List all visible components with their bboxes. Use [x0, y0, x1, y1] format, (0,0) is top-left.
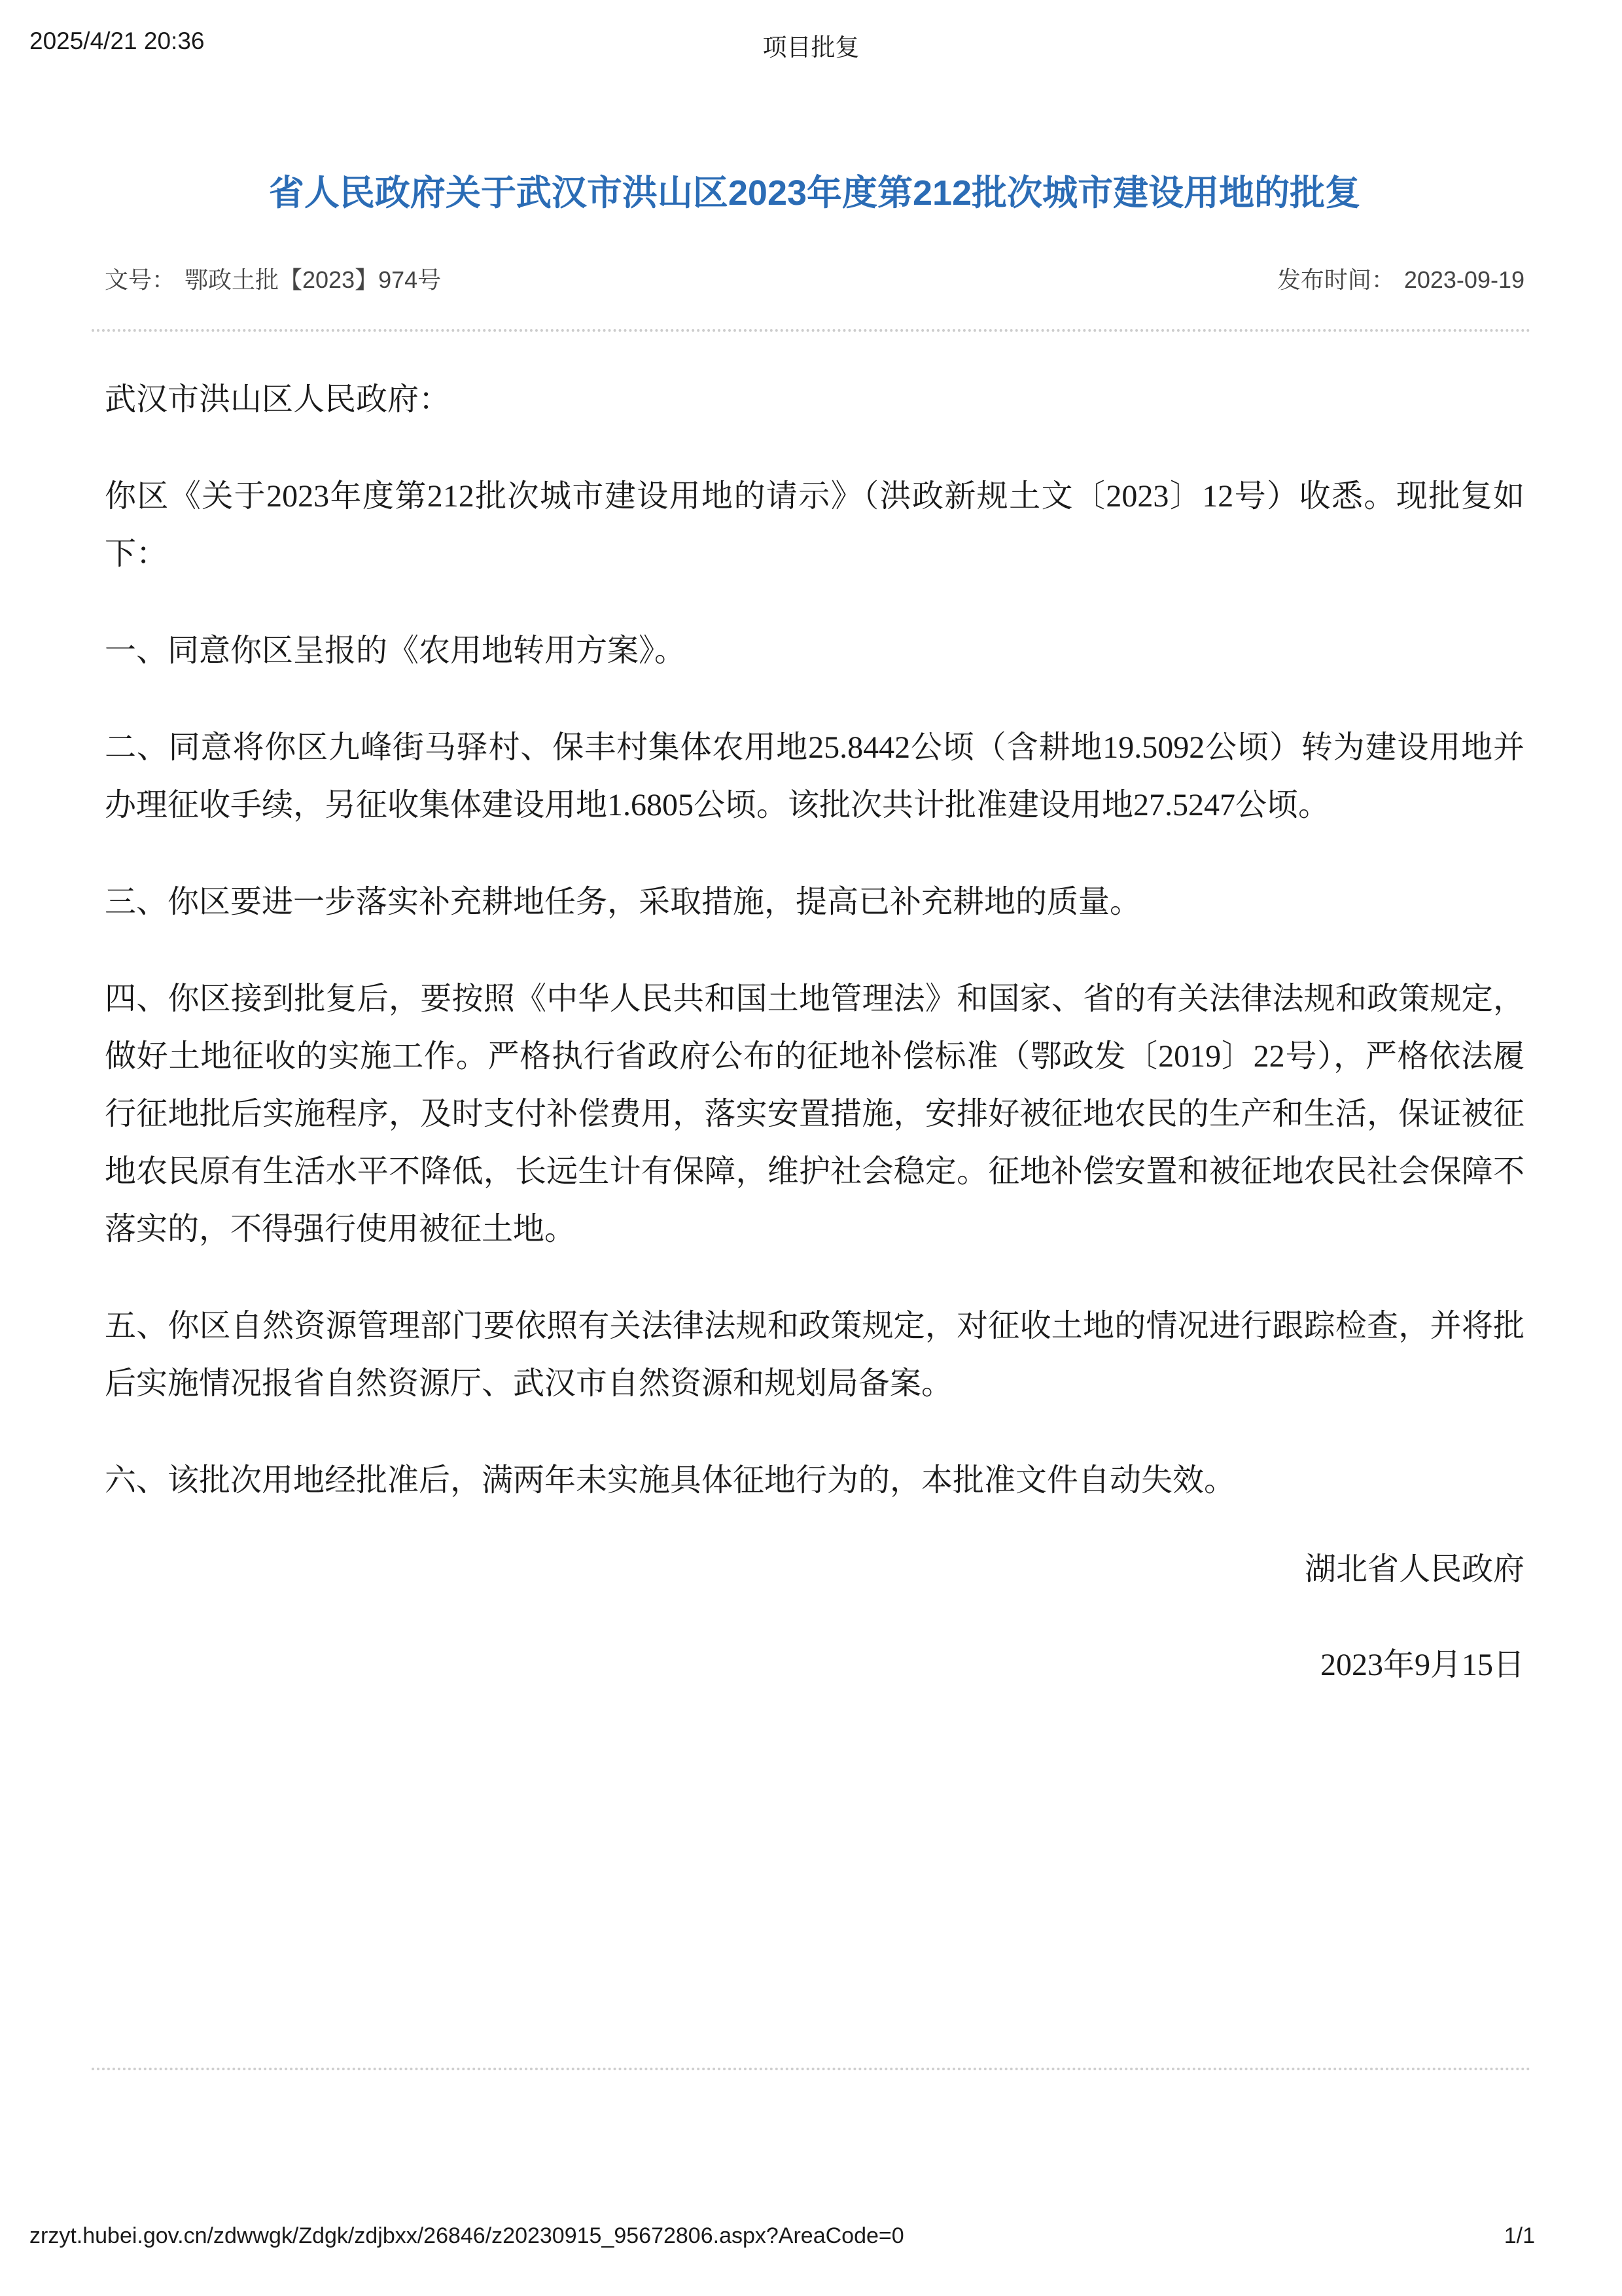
bottom-divider — [92, 2068, 1531, 2070]
salutation: 武汉市洪山区人民政府： — [105, 371, 1525, 429]
document-body: 省人民政府关于武汉市洪山区2023年度第212批次城市建设用地的批复 文号： 鄂… — [105, 171, 1525, 1694]
print-footer: zrzyt.hubei.gov.cn/zdwwgk/Zdgk/zdjbxx/26… — [29, 2223, 1593, 2253]
paragraph-intro: 你区《关于2023年度第212批次城市建设用地的请示》（洪政新规土文〔2023〕… — [105, 468, 1525, 583]
source-url: zrzyt.hubei.gov.cn/zdwwgk/Zdgk/zdjbxx/26… — [29, 2223, 904, 2249]
paragraph-item-3: 三、你区要进一步落实补充耕地任务，采取措施，提高已补充耕地的质量。 — [105, 874, 1525, 931]
publish-time-label: 发布时间： — [1277, 262, 1395, 295]
signature-block: 湖北省人民政府 2023年9月15日 — [105, 1541, 1525, 1694]
paragraph-item-5: 五、你区自然资源管理部门要依照有关法律法规和政策规定，对征收土地的情况进行跟踪检… — [105, 1298, 1525, 1413]
signature-org: 湖北省人民政府 — [105, 1541, 1525, 1598]
paragraph-item-2: 二、同意将你区九峰街马驿村、保丰村集体农用地25.8442公顷（含耕地19.50… — [105, 719, 1525, 834]
publish-time-value: 2023-09-19 — [1404, 266, 1525, 294]
paragraph-item-4: 四、你区接到批复后，要按照《中华人民共和国土地管理法》和国家、省的有关法律法规和… — [105, 970, 1525, 1258]
print-header: 2025/4/21 20:36 项目批复 — [29, 27, 1593, 59]
doc-number-value: 鄂政土批【2023】974号 — [185, 262, 441, 295]
page-indicator: 1/1 — [1504, 2223, 1535, 2249]
doc-number: 文号： 鄂政土批【2023】974号 — [105, 262, 441, 295]
print-page-title: 项目批复 — [29, 27, 1593, 63]
doc-number-label: 文号： — [105, 262, 175, 295]
document-text: 武汉市洪山区人民政府： 你区《关于2023年度第212批次城市建设用地的请示》（… — [105, 371, 1525, 1510]
meta-divider — [92, 329, 1531, 332]
signature-date: 2023年9月15日 — [105, 1636, 1525, 1694]
paragraph-item-6: 六、该批次用地经批准后，满两年未实施具体征地行为的，本批准文件自动失效。 — [105, 1452, 1525, 1510]
document-meta: 文号： 鄂政土批【2023】974号 发布时间： 2023-09-19 — [105, 262, 1525, 295]
document-title: 省人民政府关于武汉市洪山区2023年度第212批次城市建设用地的批复 — [105, 171, 1525, 215]
paragraph-item-1: 一、同意你区呈报的《农用地转用方案》。 — [105, 622, 1525, 680]
publish-time: 发布时间： 2023-09-19 — [1277, 262, 1525, 295]
